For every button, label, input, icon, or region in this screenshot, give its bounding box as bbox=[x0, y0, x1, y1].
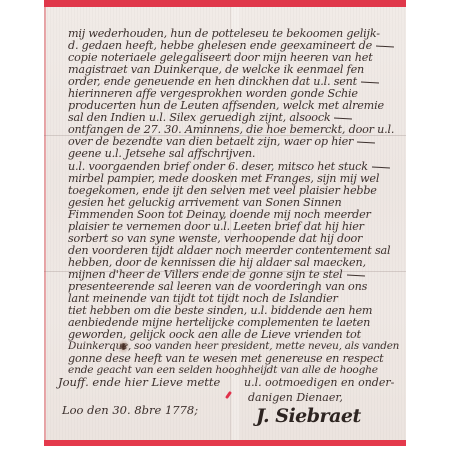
ink-stain bbox=[121, 343, 126, 350]
letter-line: geene u.l. Jetsehe sal affschrijven. bbox=[68, 147, 398, 160]
letter-line: Duinkerque, soo vanden heer president, m… bbox=[68, 340, 398, 352]
signature: J. Siebraet bbox=[256, 405, 361, 427]
closing-salutation: Jouff. ende hier Lieve mette bbox=[58, 375, 220, 389]
closing-formula-line: danigen Dienaer, bbox=[244, 390, 394, 405]
background-red-band-bottom bbox=[44, 440, 406, 446]
closing-formula: u.l. ootmoedigen en onder- danigen Diena… bbox=[244, 375, 394, 405]
closing-formula-line: u.l. ootmoedigen en onder- bbox=[244, 375, 394, 390]
background-red-band-top bbox=[44, 0, 406, 7]
letter-page: mij wederhouden, hun de potteleseu te be… bbox=[44, 7, 406, 440]
place-date-line: Loo den 30. 8bre 1778; bbox=[62, 403, 198, 417]
